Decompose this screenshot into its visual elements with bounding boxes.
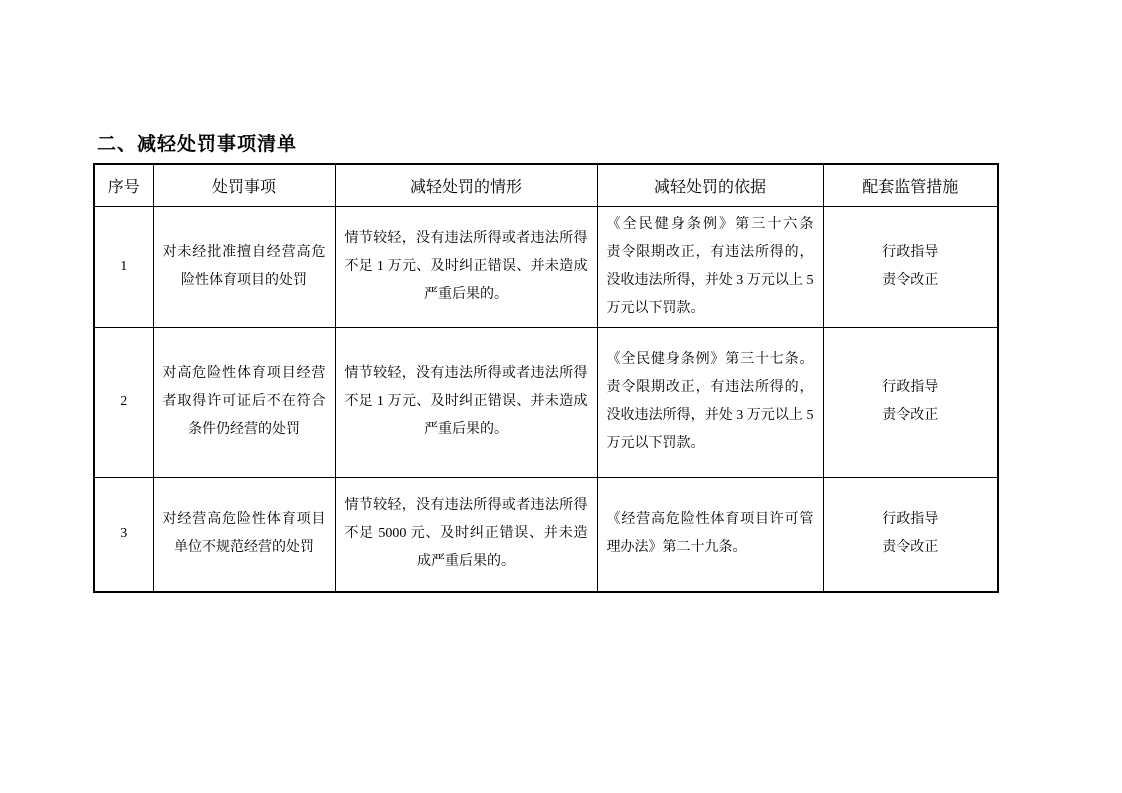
cell-serial-number: 3 [94, 477, 153, 592]
measure-line: 责令改正 [833, 402, 989, 430]
cell-mitigation-basis: 《经营高危险性体育项目许可管理办法》第二十九条。 [597, 477, 823, 592]
cell-supporting-measures: 行政指导 责令改正 [823, 206, 998, 327]
basis-citation: 《全民健身条例》第三十七条。 [607, 346, 814, 374]
cell-serial-number: 1 [94, 206, 153, 327]
cell-serial-number: 2 [94, 327, 153, 477]
table-header-row: 序号 处罚事项 减轻处罚的情形 减轻处罚的依据 配套监管措施 [94, 164, 998, 206]
basis-text: 责令限期改正，有违法所得的，没收违法所得，并处 3 万元以上 5 万元以下罚款。 [607, 374, 814, 458]
mitigated-punishment-table: 序号 处罚事项 减轻处罚的情形 减轻处罚的依据 配套监管措施 1 对未经批准擅自… [93, 163, 999, 593]
measure-line: 行政指导 [833, 239, 989, 267]
header-mitigation-basis: 减轻处罚的依据 [597, 164, 823, 206]
cell-supporting-measures: 行政指导 责令改正 [823, 477, 998, 592]
page-title: 二、减轻处罚事项清单 [97, 129, 297, 156]
header-mitigation-circumstance: 减轻处罚的情形 [335, 164, 597, 206]
header-serial-number: 序号 [94, 164, 153, 206]
header-supporting-measures: 配套监管措施 [823, 164, 998, 206]
cell-mitigation-basis: 《全民健身条例》第三十七条。 责令限期改正，有违法所得的，没收违法所得，并处 3… [597, 327, 823, 477]
cell-mitigation-circumstance: 情节较轻，没有违法所得或者违法所得不足 5000 元、及时纠正错误、并未造成严重… [335, 477, 597, 592]
basis-text: 责令限期改正，有违法所得的，没收违法所得，并处 3 万元以上 5 万元以下罚款。 [607, 239, 814, 323]
cell-mitigation-circumstance: 情节较轻，没有违法所得或者违法所得不足 1 万元、及时纠正错误、并未造成严重后果… [335, 327, 597, 477]
table-row: 2 对高危险性体育项目经营者取得许可证后不在符合条件仍经营的处罚 情节较轻，没有… [94, 327, 998, 477]
basis-citation: 《全民健身条例》第三十六条 [607, 211, 814, 239]
cell-supporting-measures: 行政指导 责令改正 [823, 327, 998, 477]
measure-line: 行政指导 [833, 506, 989, 534]
table-row: 3 对经营高危险性体育项目单位不规范经营的处罚 情节较轻，没有违法所得或者违法所… [94, 477, 998, 592]
cell-mitigation-basis: 《全民健身条例》第三十六条 责令限期改正，有违法所得的，没收违法所得，并处 3 … [597, 206, 823, 327]
cell-punishment-item: 对经营高危险性体育项目单位不规范经营的处罚 [153, 477, 335, 592]
cell-punishment-item: 对高危险性体育项目经营者取得许可证后不在符合条件仍经营的处罚 [153, 327, 335, 477]
basis-citation: 《经营高危险性体育项目许可管理办法》第二十九条。 [607, 506, 814, 562]
table-row: 1 对未经批准擅自经营高危险性体育项目的处罚 情节较轻，没有违法所得或者违法所得… [94, 206, 998, 327]
cell-punishment-item: 对未经批准擅自经营高危险性体育项目的处罚 [153, 206, 335, 327]
measure-line: 行政指导 [833, 374, 989, 402]
header-punishment-item: 处罚事项 [153, 164, 335, 206]
measure-line: 责令改正 [833, 267, 989, 295]
cell-mitigation-circumstance: 情节较轻，没有违法所得或者违法所得不足 1 万元、及时纠正错误、并未造成严重后果… [335, 206, 597, 327]
measure-line: 责令改正 [833, 534, 989, 562]
